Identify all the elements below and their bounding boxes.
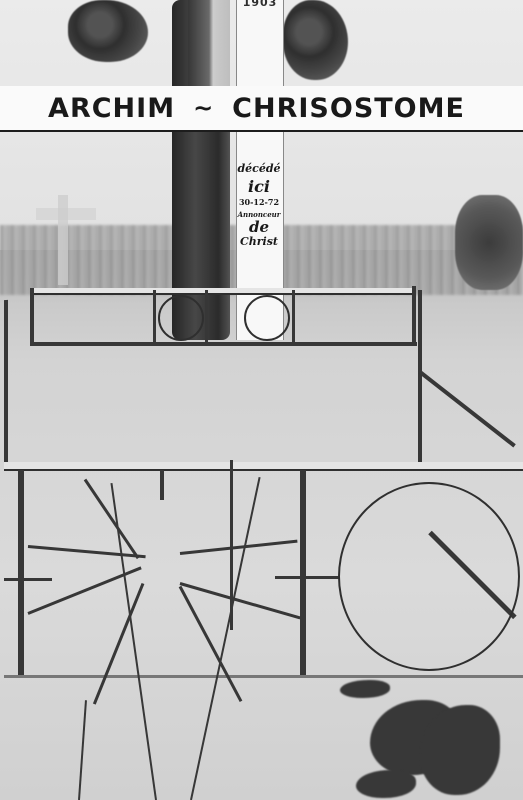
spoke-stub-left <box>4 578 52 581</box>
crossbar-inscription: ARCHIM ~ CHRISOSTOME <box>0 86 523 130</box>
tree-foliage-left <box>68 0 148 62</box>
back-rail-hoop-right <box>244 295 290 341</box>
inscription-line-christ: Christ <box>236 236 282 248</box>
crossbar-separator: ~ <box>193 94 214 122</box>
distant-cross <box>58 195 68 285</box>
grave-photograph: 1903 ARCHIM ~ CHRISOSTOME décédé ici 30-… <box>0 0 523 800</box>
front-rail-post-left <box>18 470 24 675</box>
front-rail-post-mid <box>300 470 306 675</box>
back-rail-top <box>30 288 415 293</box>
inscription-line-title: Annonceur <box>236 211 282 218</box>
post-top-number: 1903 <box>238 0 282 9</box>
front-rail-top <box>4 462 523 469</box>
left-side-rail <box>4 300 8 470</box>
inscription-line-here: ici <box>236 179 282 196</box>
front-rail-bottom <box>4 675 523 678</box>
tree-trunk-upper <box>188 0 230 90</box>
tree-foliage-far-right <box>455 195 523 290</box>
back-rail-hoop-left <box>158 295 204 341</box>
inscription-date: 30-12-72 <box>236 198 282 206</box>
inscription-line-of: de <box>236 220 282 236</box>
weed-stem-4 <box>230 460 233 630</box>
inscription-line-deceased: décédé <box>236 163 282 175</box>
crossbar-title-left: ARCHIM <box>48 93 175 124</box>
back-rail-post-mid1 <box>153 290 156 344</box>
post-inscription: décédé ici 30-12-72 Annonceur de Christ <box>236 163 282 247</box>
back-rail-post-mid2 <box>205 290 208 344</box>
spoke-stub-right <box>275 576 340 579</box>
back-rail-bottom <box>32 342 417 346</box>
front-rail-hoop <box>338 482 520 671</box>
right-side-rail <box>418 290 422 470</box>
tree-foliage-right <box>283 0 348 80</box>
back-rail-post-right <box>412 286 416 346</box>
crossbar-title-right: CHRISOSTOME <box>232 93 465 124</box>
back-rail-post-mid3 <box>292 290 295 344</box>
front-rail-stub <box>160 470 164 500</box>
back-rail-post-left <box>30 288 34 346</box>
